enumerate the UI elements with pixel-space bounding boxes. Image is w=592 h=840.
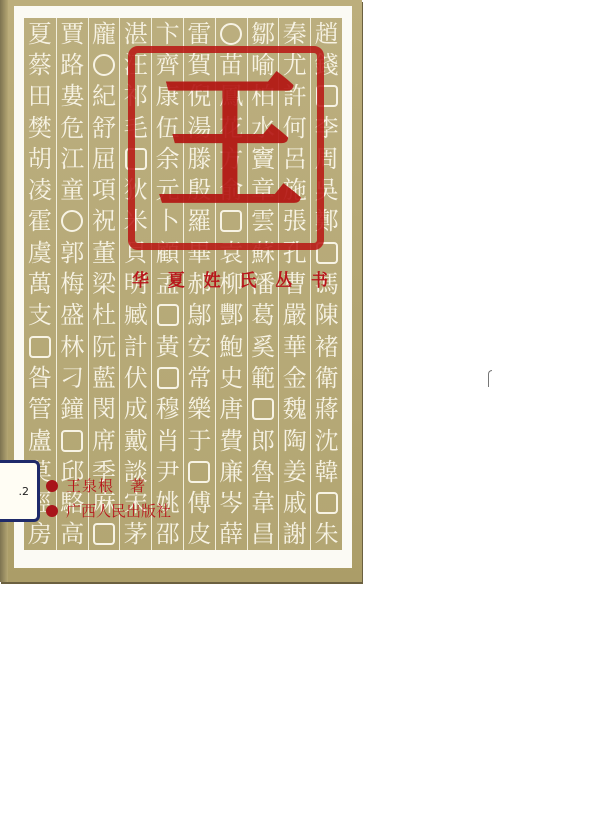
surname-char: 鄔 — [184, 300, 215, 331]
seal-glyph-icon — [216, 18, 247, 49]
surname-char: 江 — [57, 143, 88, 174]
surname-char: 傅 — [184, 487, 215, 518]
surname-char: 奚 — [248, 331, 279, 362]
surname-char: 朱 — [311, 519, 342, 550]
surname-char: 樊 — [24, 112, 56, 143]
surname-char: 安 — [184, 331, 215, 362]
surname-char: 霍 — [24, 206, 56, 237]
red-seal-character: 王 — [150, 70, 310, 220]
surname-char: 韓 — [311, 456, 342, 487]
surname-char: 藍 — [89, 362, 120, 393]
seal-glyph-icon — [24, 331, 56, 362]
surname-char: 葛 — [248, 300, 279, 331]
series-title: 华 夏 姓 氏 丛 书 — [132, 266, 328, 290]
seal-icon — [316, 492, 338, 514]
surname-char: 胡 — [24, 143, 56, 174]
surname-char: 尹 — [152, 456, 183, 487]
seal-glyph-icon — [89, 519, 120, 550]
seal-icon — [61, 430, 83, 452]
surname-char: 杜 — [89, 300, 120, 331]
surname-char: 賈 — [57, 18, 88, 49]
surname-char: 華 — [279, 331, 310, 362]
surname-char: 雷 — [184, 18, 215, 49]
surname-char: 湛 — [120, 18, 151, 49]
surname-char: 田 — [24, 81, 56, 112]
seal-glyph-icon — [152, 300, 183, 331]
surname-char: 韋 — [248, 487, 279, 518]
series-title-char: 氏 — [239, 266, 256, 290]
surname-char: 樂 — [184, 394, 215, 425]
seal-glyph-icon — [248, 394, 279, 425]
surname-char: 盛 — [57, 300, 88, 331]
seal-icon — [157, 304, 179, 326]
surname-char: 薛 — [216, 519, 247, 550]
surname-char: 卞 — [152, 18, 183, 49]
surname-char: 紀 — [89, 81, 120, 112]
seal-icon — [61, 210, 83, 232]
surname-char: 趙 — [311, 18, 342, 49]
surname-char: 邵 — [152, 519, 183, 550]
surname-char: 史 — [216, 362, 247, 393]
surname-char: 婁 — [57, 81, 88, 112]
seal-icon — [157, 367, 179, 389]
surname-char: 鄒 — [248, 18, 279, 49]
seal-icon — [29, 336, 51, 358]
seal-glyph-icon — [152, 362, 183, 393]
surname-char: 蔣 — [311, 394, 342, 425]
surname-char: 屈 — [89, 143, 120, 174]
surname-char: 魯 — [248, 456, 279, 487]
surname-char: 鐘 — [57, 394, 88, 425]
surname-char: 魏 — [279, 394, 310, 425]
surname-char: 戚 — [279, 487, 310, 518]
surname-char: 虞 — [24, 237, 56, 268]
surname-char: 童 — [57, 174, 88, 205]
surname-char: 衛 — [311, 362, 342, 393]
surname-char: 臧 — [120, 300, 151, 331]
surname-char: 成 — [120, 394, 151, 425]
surname-char: 酆 — [216, 300, 247, 331]
surname-char: 常 — [184, 362, 215, 393]
surname-char: 肖 — [152, 425, 183, 456]
surname-char: 穆 — [152, 394, 183, 425]
surname-char: 廉 — [216, 456, 247, 487]
surname-char: 梅 — [57, 268, 88, 299]
seal-icon — [220, 23, 242, 45]
surname-char: 姜 — [279, 456, 310, 487]
surname-char: 鮑 — [216, 331, 247, 362]
surname-char: 昝 — [24, 362, 56, 393]
surname-char: 郎 — [248, 425, 279, 456]
surname-char: 項 — [89, 174, 120, 205]
seal-glyph-icon — [184, 456, 215, 487]
surname-char: 支 — [24, 300, 56, 331]
series-title-char: 夏 — [168, 266, 185, 290]
surname-column: 龐紀舒屈項祝董梁杜阮藍閔席季麻 — [88, 18, 120, 550]
surname-char: 唐 — [216, 394, 247, 425]
surname-char: 謝 — [279, 519, 310, 550]
surname-char: 陳 — [311, 300, 342, 331]
surname-char: 盧 — [24, 425, 56, 456]
series-title-char: 丛 — [275, 266, 292, 290]
seal-glyph-icon — [57, 206, 88, 237]
surname-column: 賈路婁危江童郭梅盛林刁鐘邱駱高 — [56, 18, 88, 550]
surname-char: 房 — [24, 519, 56, 550]
surname-char: 于 — [184, 425, 215, 456]
seal-glyph-icon — [89, 49, 120, 80]
bullet-dot-icon — [46, 505, 58, 517]
seal-icon — [188, 461, 210, 483]
surname-char: 董 — [89, 237, 120, 268]
seal-icon — [93, 54, 115, 76]
surname-char: 龐 — [89, 18, 120, 49]
surname-char: 計 — [120, 331, 151, 362]
surname-char: 高 — [57, 519, 88, 550]
seal-glyph-icon — [57, 425, 88, 456]
surname-char: 陶 — [279, 425, 310, 456]
surname-char: 刁 — [57, 362, 88, 393]
scan-speck — [488, 370, 492, 387]
publisher-credit: 广西人民出版社 — [46, 500, 171, 521]
surname-char: 凌 — [24, 174, 56, 205]
surname-char: 危 — [57, 112, 88, 143]
author-credit: 王泉根 著 — [46, 475, 146, 496]
surname-char: 昌 — [248, 519, 279, 550]
surname-char: 戴 — [120, 425, 151, 456]
surname-char: 岑 — [216, 487, 247, 518]
surname-char: 金 — [279, 362, 310, 393]
seal-glyph-icon — [311, 487, 342, 518]
surname-char: 皮 — [184, 519, 215, 550]
surname-char: 閔 — [89, 394, 120, 425]
surname-char: 萬 — [24, 268, 56, 299]
surname-char: 範 — [248, 362, 279, 393]
bullet-dot-icon — [46, 480, 58, 492]
surname-char: 茅 — [120, 519, 151, 550]
call-number-text: .2 — [19, 485, 30, 498]
library-call-number-label: .2 — [0, 460, 40, 522]
series-title-char: 华 — [132, 266, 149, 290]
surname-char: 黃 — [152, 331, 183, 362]
surname-char: 席 — [89, 425, 120, 456]
surname-char: 郭 — [57, 237, 88, 268]
surname-char: 阮 — [89, 331, 120, 362]
surname-char: 沈 — [311, 425, 342, 456]
surname-char: 費 — [216, 425, 247, 456]
surname-char: 路 — [57, 49, 88, 80]
surname-char: 梁 — [89, 268, 120, 299]
surname-char: 夏 — [24, 18, 56, 49]
series-title-char: 书 — [311, 266, 328, 290]
surname-char: 嚴 — [279, 300, 310, 331]
surname-char: 舒 — [89, 112, 120, 143]
surname-char: 林 — [57, 331, 88, 362]
seal-icon — [252, 398, 274, 420]
surname-char: 伏 — [120, 362, 151, 393]
author-name: 王泉根 著 — [66, 475, 146, 496]
surname-char: 管 — [24, 394, 56, 425]
surname-char: 祝 — [89, 206, 120, 237]
book-cover: 趙錢李周吳鄭馮陳褚衛蔣沈韓朱秦尤許何呂施張孔曹嚴華金魏陶姜戚謝鄒喻柏水竇章雲蘇潘… — [0, 0, 362, 582]
surname-char: 褚 — [311, 331, 342, 362]
series-title-char: 姓 — [204, 266, 221, 290]
surname-char: 蔡 — [24, 49, 56, 80]
seal-icon — [93, 523, 115, 545]
surname-char: 秦 — [279, 18, 310, 49]
publisher-name: 广西人民出版社 — [66, 500, 171, 521]
